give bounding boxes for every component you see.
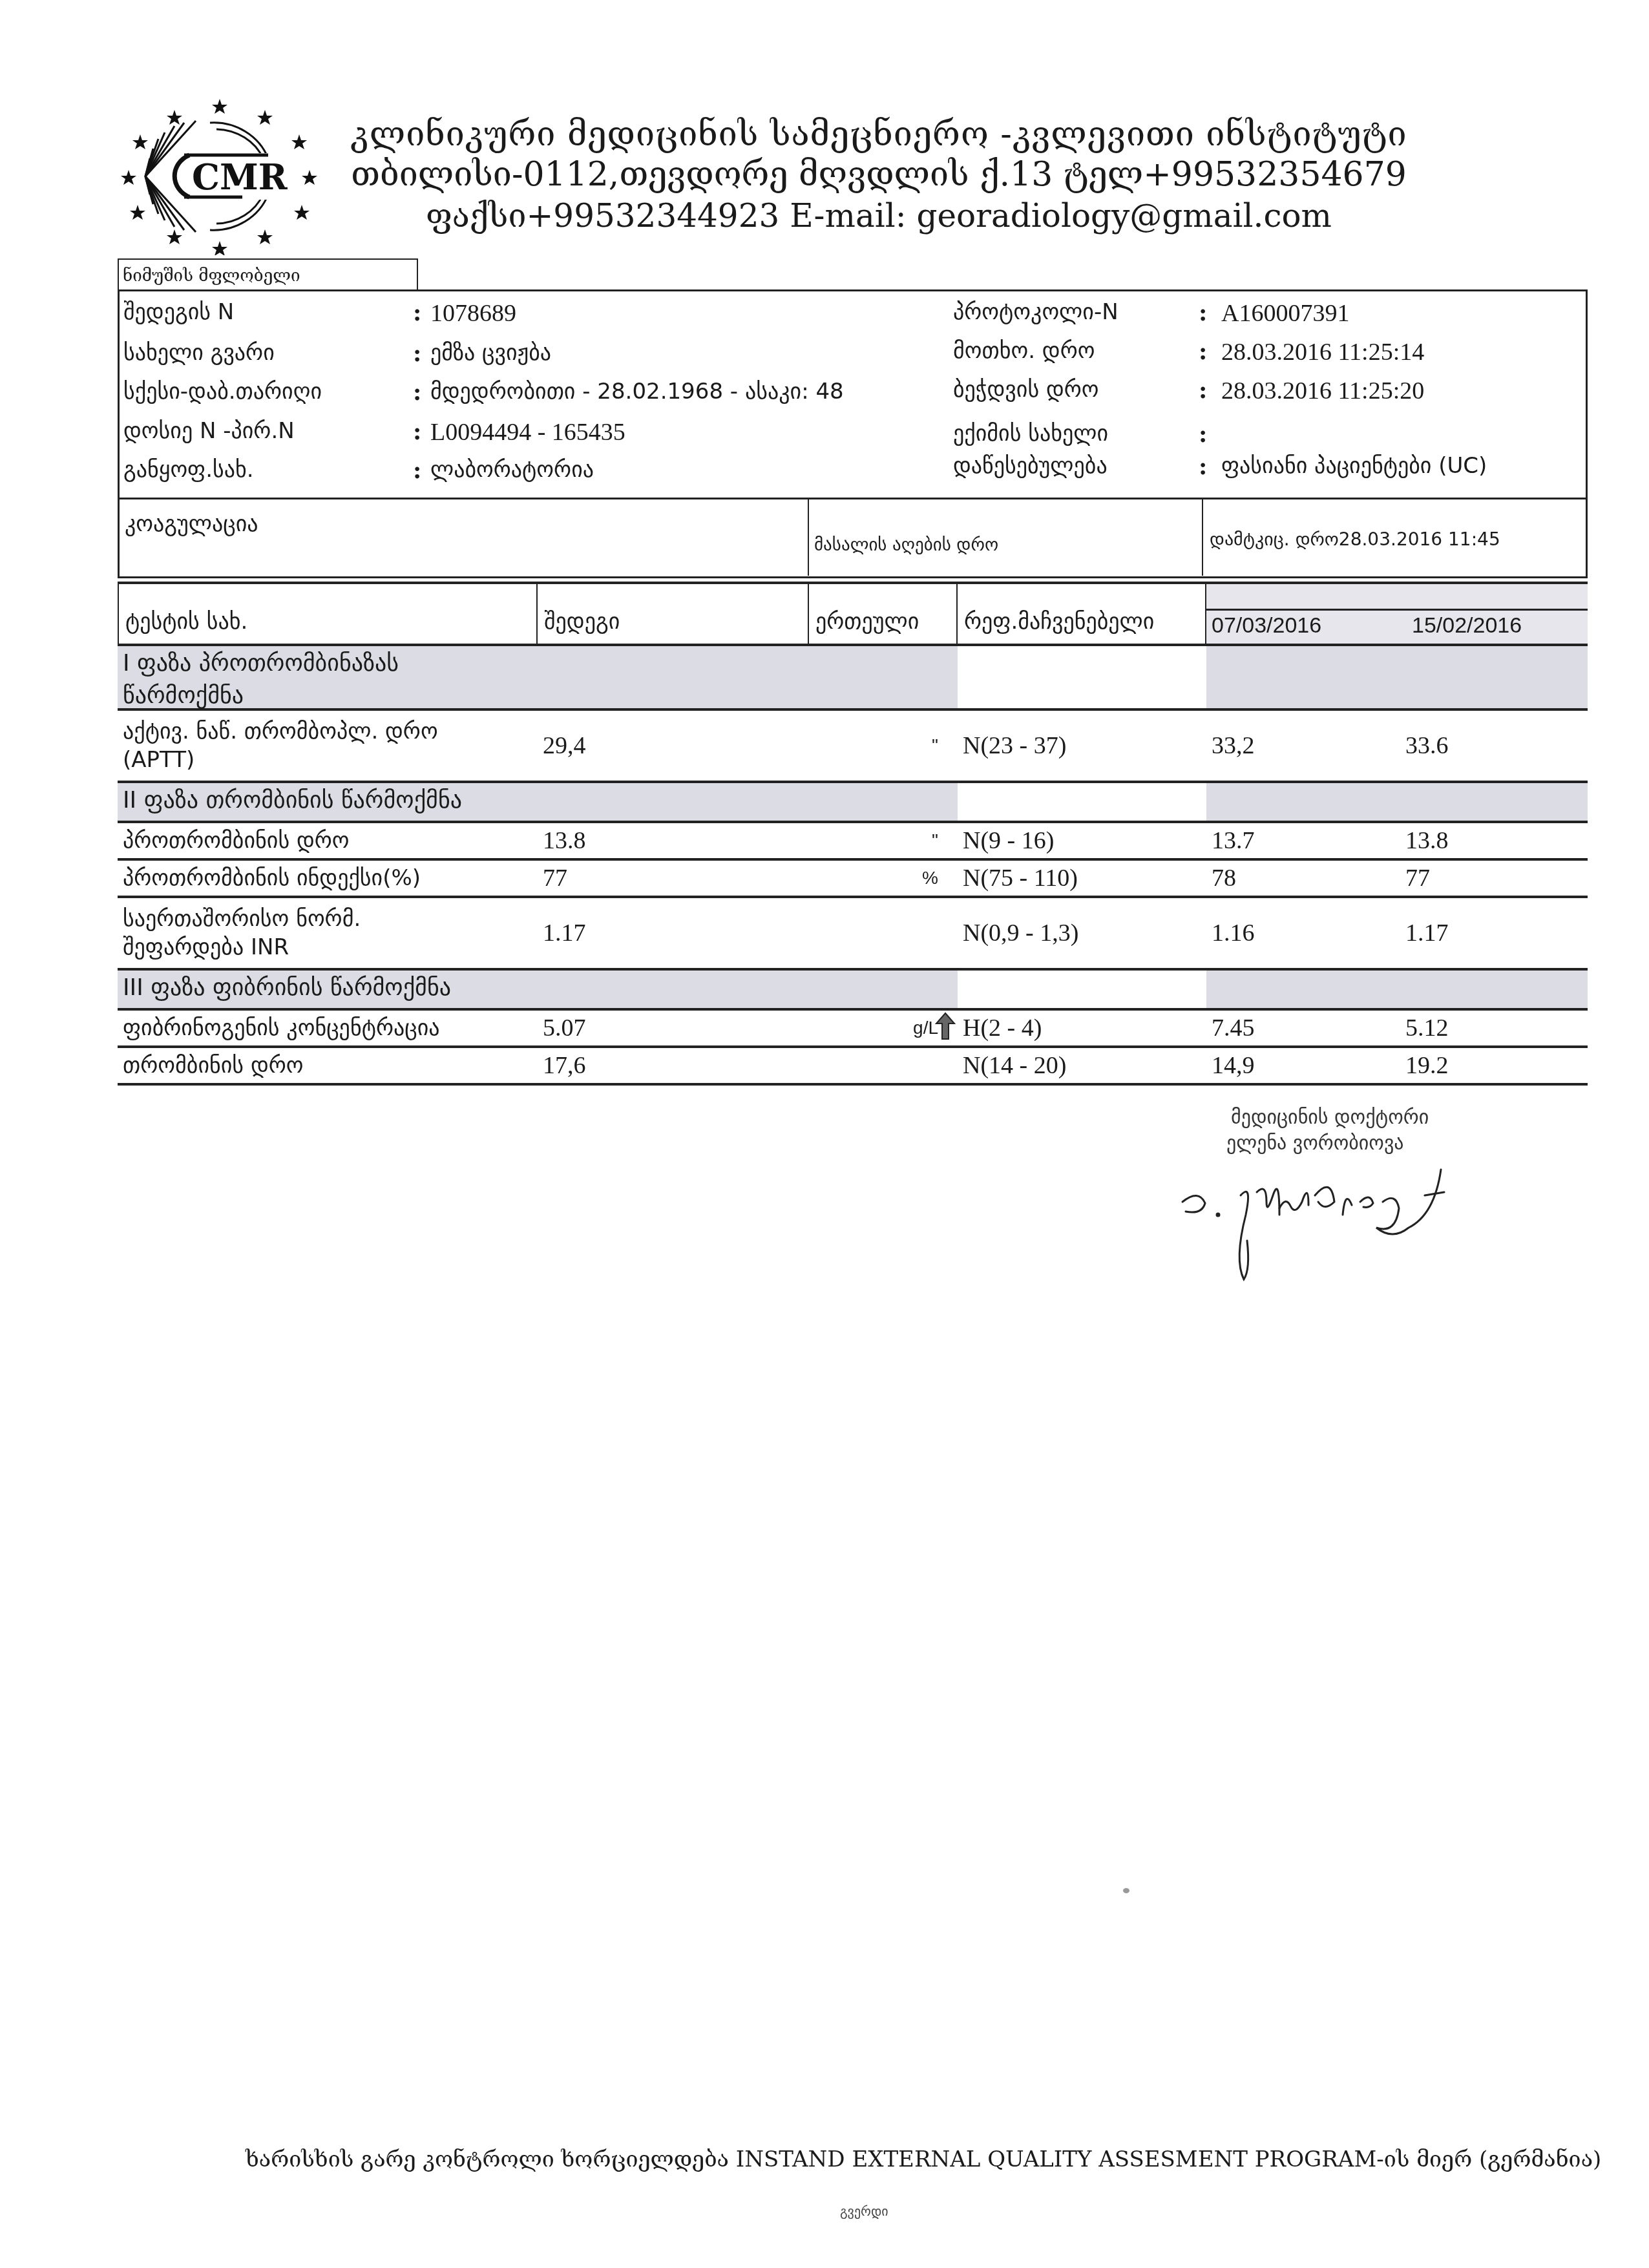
print-time-value: 28.03.2016 11:25:20 (1221, 377, 1424, 405)
history-value-2: 1.17 (1400, 919, 1449, 947)
history-header: 07/03/2016 15/02/2016 (1206, 584, 1588, 644)
table-row: თრომბინის დრო17,6N(14 - 20)14,919.2 (118, 1048, 1588, 1086)
table-group-row: II ფაზა თრომბინის წარმოქმნა (118, 783, 1588, 823)
request-time-value: 28.03.2016 11:25:14 (1221, 338, 1424, 366)
test-result: 5.07 (538, 1014, 586, 1042)
history-value-2: 5.12 (1400, 1014, 1449, 1042)
doctor-name-label: ექიმის სახელი (953, 421, 1108, 446)
reference-range: N(9 - 16) (958, 826, 1054, 855)
institution-label: დაწესებულება (953, 453, 1108, 479)
test-unit: % (809, 868, 958, 888)
patient-name-value: ემზა ცვიჟბა (430, 340, 551, 366)
reference-range: H(2 - 4) (958, 1014, 1042, 1042)
group-title: III ფაზა ფიბრინის წარმოქმნა (123, 972, 704, 1004)
test-name: ფიბრინოგენის კონცენტრაცია (118, 1014, 485, 1042)
svg-text:CMR: CMR (192, 156, 288, 198)
patient-name-label: სახელი გვარი (123, 340, 275, 366)
test-result: 77 (538, 864, 567, 892)
signer-title: მედიცინის დოქტორი (1231, 1106, 1429, 1129)
test-name: პროთრომბინის დრო (118, 826, 485, 855)
patient-info-box: შედეგის N : 1078689 სახელი გვარი : ემზა … (118, 289, 1588, 499)
col-result: შედეგი (544, 609, 620, 635)
history-value-2: 77 (1400, 864, 1430, 892)
test-name: საერთაშორისო ნორმ. შეფარდება INR (118, 905, 485, 961)
table-row: პროთრომბინის დრო13.8"N(9 - 16)13.713.8 (118, 823, 1588, 861)
col-history-1: 07/03/2016 (1212, 613, 1321, 638)
institute-logo: CMR (120, 94, 320, 255)
scan-artifact (1123, 1888, 1129, 1893)
table-group-row: I ფაზა პროთრომბინაზას წარმოქმნა (118, 646, 1588, 711)
history-value-1: 7.45 (1206, 1014, 1255, 1042)
institute-address: თბილისი-0112,თევდორე მღვდლის ქ.13 ტელ+99… (297, 155, 1460, 194)
test-unit: " (809, 830, 958, 851)
divider (1202, 499, 1203, 576)
group-title: I ფაზა პროთრომბინაზას წარმოქმნა (123, 647, 485, 712)
table-row: ფიბრინოგენის კონცენტრაცია5.07g/LH(2 - 4)… (118, 1011, 1588, 1048)
specimen-owner-tab: ნიმუშის მფლობელი (118, 258, 418, 291)
sex-birthdate-value: მდედრობითი - 28.02.1968 - ასაკი: 48 (430, 379, 844, 404)
test-name: პროთრომბინის ინდექსი(%) (118, 864, 485, 892)
history-value-1: 1.16 (1206, 919, 1255, 947)
table-group-row: III ფაზა ფიბრინის წარმოქმნა (118, 971, 1588, 1011)
col-unit: ერთეული (815, 609, 919, 635)
turn-over-note: გვერდი (840, 2203, 888, 2219)
history-value-1: 14,9 (1206, 1051, 1255, 1080)
test-name: აქტივ. ნაწ. თრომბოპლ. დრო (APTT) (118, 717, 485, 774)
history-value-1: 78 (1206, 864, 1236, 892)
table-header: ტესტის სახ. შედეგი ერთეული რეფ.მაჩვენებე… (118, 582, 1588, 646)
institution-value: ფასიანი პაციენტები (UC) (1221, 453, 1487, 479)
quality-control-note: ხარისხის გარე კონტროლი ხორციელდება INSTA… (246, 2147, 1506, 2172)
handwritten-signature (1176, 1157, 1467, 1286)
table-row: საერთაშორისო ნორმ. შეფარდება INR1.17N(0,… (118, 898, 1588, 971)
reference-range: N(0,9 - 1,3) (958, 919, 1078, 947)
test-result: 1.17 (538, 919, 586, 947)
col-reference: რეფ.მაჩვენებელი (964, 609, 1154, 635)
reference-range: N(23 - 37) (958, 731, 1066, 760)
sex-birthdate-label: სქესი-დაბ.თარიღი (123, 379, 322, 404)
col-history-2: 15/02/2016 (1412, 613, 1522, 638)
signer-name: ელენა ვორობიოვა (1226, 1132, 1404, 1155)
test-result: 13.8 (538, 826, 586, 855)
group-title: II ფაზა თრომბინის წარმოქმნა (123, 784, 704, 817)
table-row: აქტივ. ნაწ. თრომბოპლ. დრო (APTT)29,4"N(2… (118, 711, 1588, 783)
reference-range: N(14 - 20) (958, 1051, 1066, 1080)
history-value-1: 13.7 (1206, 826, 1255, 855)
history-value-2: 33.6 (1400, 731, 1449, 760)
table-row: პროთრომბინის ინდექსი(%)77%N(75 - 110)787… (118, 861, 1588, 898)
divider (808, 499, 809, 576)
test-result: 17,6 (538, 1051, 586, 1080)
result-number-value: 1078689 (430, 299, 516, 328)
history-value-1: 33,2 (1206, 731, 1255, 760)
test-name: თრომბინის დრო (118, 1051, 485, 1080)
col-test-name: ტესტის სახ. (125, 609, 247, 635)
section-header: კოაგულაცია მასალის აღების დრო დამტკიც. დ… (118, 499, 1588, 578)
test-unit: " (809, 735, 958, 756)
department-label: განყოფ.სახ. (123, 457, 254, 483)
reference-range: N(75 - 110) (958, 864, 1078, 892)
print-time-label: ბეჭდვის დრო (953, 377, 1099, 403)
dossier-value: L0094494 - 165435 (430, 418, 625, 446)
history-value-2: 13.8 (1400, 826, 1449, 855)
test-result: 29,4 (538, 731, 586, 760)
history-value-2: 19.2 (1400, 1051, 1449, 1080)
institute-contact: ფაქსი+99532344923 E-mail: georadiology@g… (297, 197, 1460, 235)
department-value: ლაბორატორია (430, 457, 594, 483)
arrow-up-icon (935, 1012, 956, 1040)
table-body: I ფაზა პროთრომბინაზას წარმოქმნააქტივ. ნა… (118, 646, 1588, 1086)
section-title: კოაგულაცია (125, 511, 258, 537)
dossier-label: დოსიე N -პირ.N (123, 418, 295, 444)
confirmed-time: დამტკიც. დრო28.03.2016 11:45 (1210, 529, 1500, 550)
collection-time-label: მასალის აღების დრო (814, 535, 998, 555)
protocol-value: A160007391 (1221, 299, 1349, 328)
result-number-label: შედეგის N (123, 299, 234, 325)
institute-name: კლინიკური მედიცინის სამეცნიერო -კვლევითი… (297, 115, 1460, 154)
results-table: ტესტის სახ. შედეგი ერთეული რეფ.მაჩვენებე… (118, 582, 1588, 1086)
request-time-label: მოთხო. დრო (953, 338, 1095, 364)
protocol-label: პროტოკოლი-N (953, 299, 1119, 325)
